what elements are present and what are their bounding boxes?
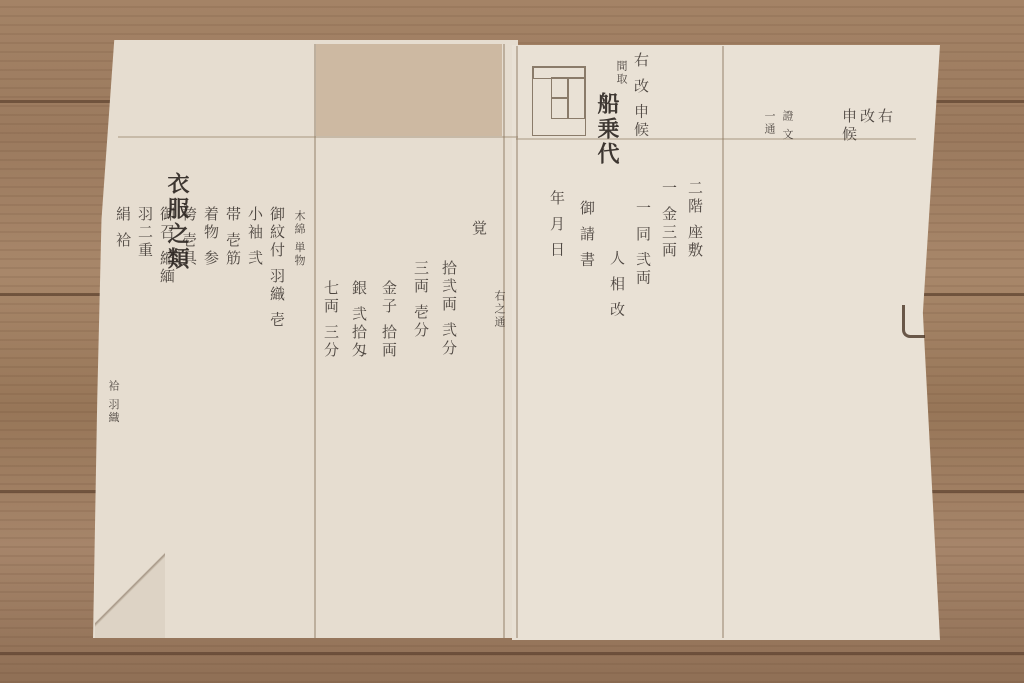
text-column: 右 改 申候 [632,52,650,142]
text-column: 小袖 弐 [246,206,264,626]
text-column: 年 月 日 [548,190,566,460]
text-column: 一 金三両 [660,180,678,480]
text-column: 帯 壱筋 [224,206,242,626]
stained-paper-patch [316,44,502,136]
text-column: 袴 壱具 [180,206,198,626]
text-column: 着物 参 [202,206,220,626]
text-column: 間取 [612,60,630,140]
text-column: 銀 弐拾匁 [350,280,368,630]
text-column: 覚 [470,220,488,620]
text-column: 右 改 申候 [840,108,894,148]
text-column: 羽二重 [136,206,154,626]
text-column: 七両 三分 [322,280,340,630]
text-column: 御召 縮緬 [158,206,176,626]
text-column: 右之通 [490,290,508,630]
fold-line [314,44,316,638]
floor-plan-table [532,66,586,136]
ink-mark [902,305,925,338]
text-column: 三両 壱分 [412,260,430,630]
text-column: 二階 座敷 [686,180,704,480]
text-column: 御紋付 羽織 壱 [268,206,286,626]
text-column: 人 相 改 [608,250,626,450]
fold-line [722,46,724,638]
text-column: 御 請 書 [578,200,596,450]
text-column: 木綿 単物 [290,210,308,630]
text-column: 袷 羽織 [104,380,122,620]
text-column: 證 文 一通 [760,110,796,150]
plank-seam [0,652,1024,655]
text-column: 拾弐両 弐分 [440,260,458,630]
fold-line [118,136,518,138]
text-column: 一 同 弐両 [634,200,652,460]
text-column: 金子 拾両 [380,280,398,630]
fold-line [516,46,518,638]
